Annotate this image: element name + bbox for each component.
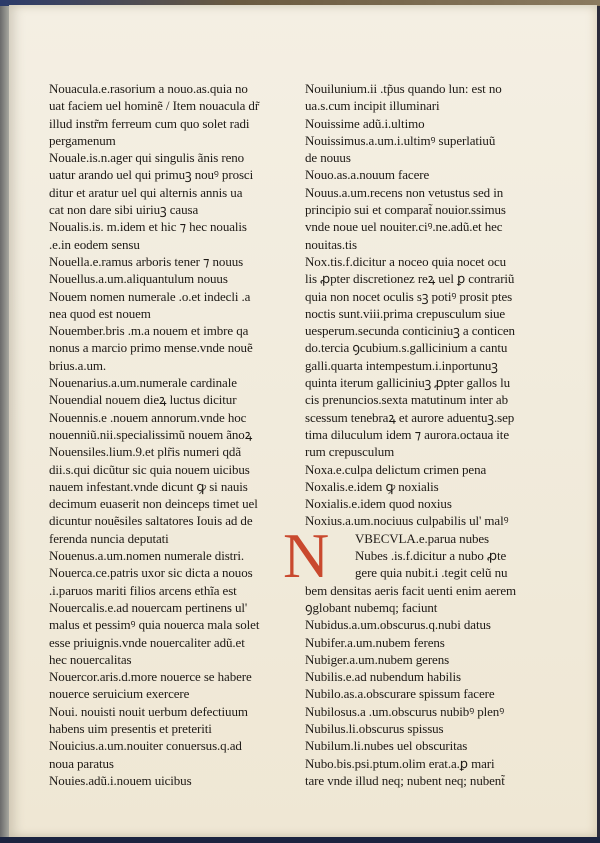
text-line: Nubifer.a.um.nubem ferens (305, 634, 541, 651)
text-line: Nouellus.a.um.aliquantulum nouus (49, 270, 289, 287)
text-line: VBECVLA.e.parua nubes (305, 530, 541, 547)
binding-gutter (0, 0, 9, 843)
right-text-column: Nouilunium.ii .tp̃us quando lun: est nou… (305, 80, 541, 789)
text-line: Nouicius.a.um.nouiter conuersus.q.ad (49, 737, 289, 754)
text-line: .e.in eodem sensu (49, 236, 289, 253)
text-line: galli.quarta intempestum.i.inportunuꝫ (305, 357, 541, 374)
initial-block: N VBECVLA.e.parua nubesNubes .is.f.dicit… (305, 530, 541, 582)
text-line: pergamenum (49, 132, 289, 149)
text-line: nouerce seruicium exercere (49, 685, 289, 702)
text-line: Nubes .is.f.dicitur a nubo ꝓte (305, 547, 541, 564)
text-line: ferenda nuncia deputati (49, 530, 289, 547)
text-line: vnde noue uel nouiter.ciꝰ.ne.adũ.et hec (305, 218, 541, 235)
text-line: tima diluculum idem ⁊ aurora.octaua ite (305, 426, 541, 443)
text-line: nouitas.tis (305, 236, 541, 253)
text-line: esse priuignis.vnde nouercaliter adũ.et (49, 634, 289, 651)
text-line: cis prenuncios.sexta matutinum inter ab (305, 391, 541, 408)
text-line: habens uim presentis et preteriti (49, 720, 289, 737)
text-line: Nouissimus.a.um.i.ultimꝰ superlatiuũ (305, 132, 541, 149)
text-line: hec nouercalitas (49, 651, 289, 668)
text-line: uatur arando uel qui primuꝫ nouꝰ prosci (49, 166, 289, 183)
text-line: Nouennis.e .nouem annorum.vnde hoc (49, 409, 289, 426)
text-line: Nouilunium.ii .tp̃us quando lun: est no (305, 80, 541, 97)
text-line: de nouus (305, 149, 541, 166)
text-line: decimum euaserit non deinceps timet uel (49, 495, 289, 512)
text-line: ditur et aratur uel qui alternis annis u… (49, 184, 289, 201)
text-line: ua.s.cum incipit illuminari (305, 97, 541, 114)
text-line: Nouercor.aris.d.more nouerce se habere (49, 668, 289, 685)
text-line: Nubilum.li.nubes uel obscuritas (305, 737, 541, 754)
text-line: tare vnde illud neq; nubent neq; nubent̃ (305, 772, 541, 789)
text-line: cat non dare sibi uiriuꝫ causa (49, 201, 289, 218)
text-line: nouenniũ.nii.specialissimũ nouem ãnoꝝ (49, 426, 289, 443)
text-line: noua paratus (49, 755, 289, 772)
text-line: Nouella.e.ramus arboris tener ⁊ nouus (49, 253, 289, 270)
text-line: Noui. nouisti nouit uerbum defectiuum (49, 703, 289, 720)
text-line: nonus a marcio primo mense.vnde nouẽ (49, 339, 289, 356)
text-line: Nubidus.a.um.obscurus.q.nubi datus (305, 616, 541, 633)
text-line: Nouies.adũ.i.nouem uicibus (49, 772, 289, 789)
text-line: scessum tenebraꝝ et aurore aduentuꝫ.sep (305, 409, 541, 426)
text-line: Nouerca.ce.patris uxor sic dicta a nouos (49, 564, 289, 581)
text-line: Noxalis.e.idem ꝙ noxialis (305, 478, 541, 495)
text-line: malus et pessimꝰ quia nouerca mala solet (49, 616, 289, 633)
text-line: Nouercalis.e.ad nouercam pertinens ul' (49, 599, 289, 616)
rubricated-initial: N (283, 526, 329, 586)
text-line: Nouem nomen numerale .o.et indecli .a (49, 288, 289, 305)
text-line: brius.a.um. (49, 357, 289, 374)
text-line: quia non nocet oculis sꝫ potiꝰ prosit pt… (305, 288, 541, 305)
text-line: Noxa.e.culpa delictum crimen pena (305, 461, 541, 478)
text-line: Nubo.bis.psi.ptum.olim erat.a.ꝑ mari (305, 755, 541, 772)
text-line: Noxius.a.um.nociuus culpabilis ul' malꝰ (305, 512, 541, 529)
text-line: Nouacula.e.rasorium a nouo.as.quia no (49, 80, 289, 97)
text-line: Noualis.is. m.idem et hic ⁊ hec noualis (49, 218, 289, 235)
text-line: Nouenarius.a.um.numerale cardinale (49, 374, 289, 391)
text-line: bem densitas aeris facit uenti enim aere… (305, 582, 541, 599)
text-line: principio sui et comparat̃ nouior.ssimus (305, 201, 541, 218)
text-line: Nox.tis.f.dicitur a noceo quia nocet ocu (305, 253, 541, 270)
text-line: lis ꝓpter discretionez reꝝ uel ꝑ contrar… (305, 270, 541, 287)
text-line: ꝯglobant nubemq; faciunt (305, 599, 541, 616)
bottom-edge (0, 837, 600, 843)
text-line: gere quia nubit.i .tegit celũ nu (305, 564, 541, 581)
text-line: noctis sunt.viii.prima crepusculum siue (305, 305, 541, 322)
text-line: Nubilo.as.a.obscurare spissum facere (305, 685, 541, 702)
text-line: uat faciem uel hominẽ / Item nouacula dr… (49, 97, 289, 114)
text-line: quinta iterum galliciniuꝫ ꝓpter gallos l… (305, 374, 541, 391)
text-line: Nubilis.e.ad nubendum habilis (305, 668, 541, 685)
text-line: Nubiger.a.um.nubem gerens (305, 651, 541, 668)
text-line: uesperum.secunda conticiniuꝫ a conticen (305, 322, 541, 339)
text-line: Nouenus.a.um.nomen numerale distri. (49, 547, 289, 564)
text-line: Nouendial nouem dieꝝ luctus dicitur (49, 391, 289, 408)
text-line: Nouissime adũ.i.ultimo (305, 115, 541, 132)
text-line: nauem infestant.vnde dicunt ꝙ si nauis (49, 478, 289, 495)
text-line: Nubilosus.a .um.obscurus nubibꝰ plenꝰ (305, 703, 541, 720)
text-line: Nouus.a.um.recens non vetustus sed in (305, 184, 541, 201)
text-line: Nubilus.li.obscurus spissus (305, 720, 541, 737)
text-line: dii.s.qui dicũtur sic quia nouem uicibus (49, 461, 289, 478)
text-line: Noxialis.e.idem quod noxius (305, 495, 541, 512)
text-line: .i.paruos mariti filios arcens ethĩa est (49, 582, 289, 599)
text-line: Nouensiles.lium.9.et plr̃is numeri qdã (49, 443, 289, 460)
text-line: illud instr̃m ferreum cum quo solet radi (49, 115, 289, 132)
text-line: dicuntur nouẽsiles saltatores Iouis ad d… (49, 512, 289, 529)
text-line: nea quod est nouem (49, 305, 289, 322)
left-text-column: Nouacula.e.rasorium a nouo.as.quia nouat… (49, 80, 289, 789)
text-line: Nouale.is.n.ager qui singulis ãnis reno (49, 149, 289, 166)
text-line: Nouo.as.a.nouum facere (305, 166, 541, 183)
text-line: rum crepusculum (305, 443, 541, 460)
text-line: Nouember.bris .m.a nouem et imbre qa (49, 322, 289, 339)
text-line: do.tercia ꝯcubium.s.gallicinium a cantu (305, 339, 541, 356)
